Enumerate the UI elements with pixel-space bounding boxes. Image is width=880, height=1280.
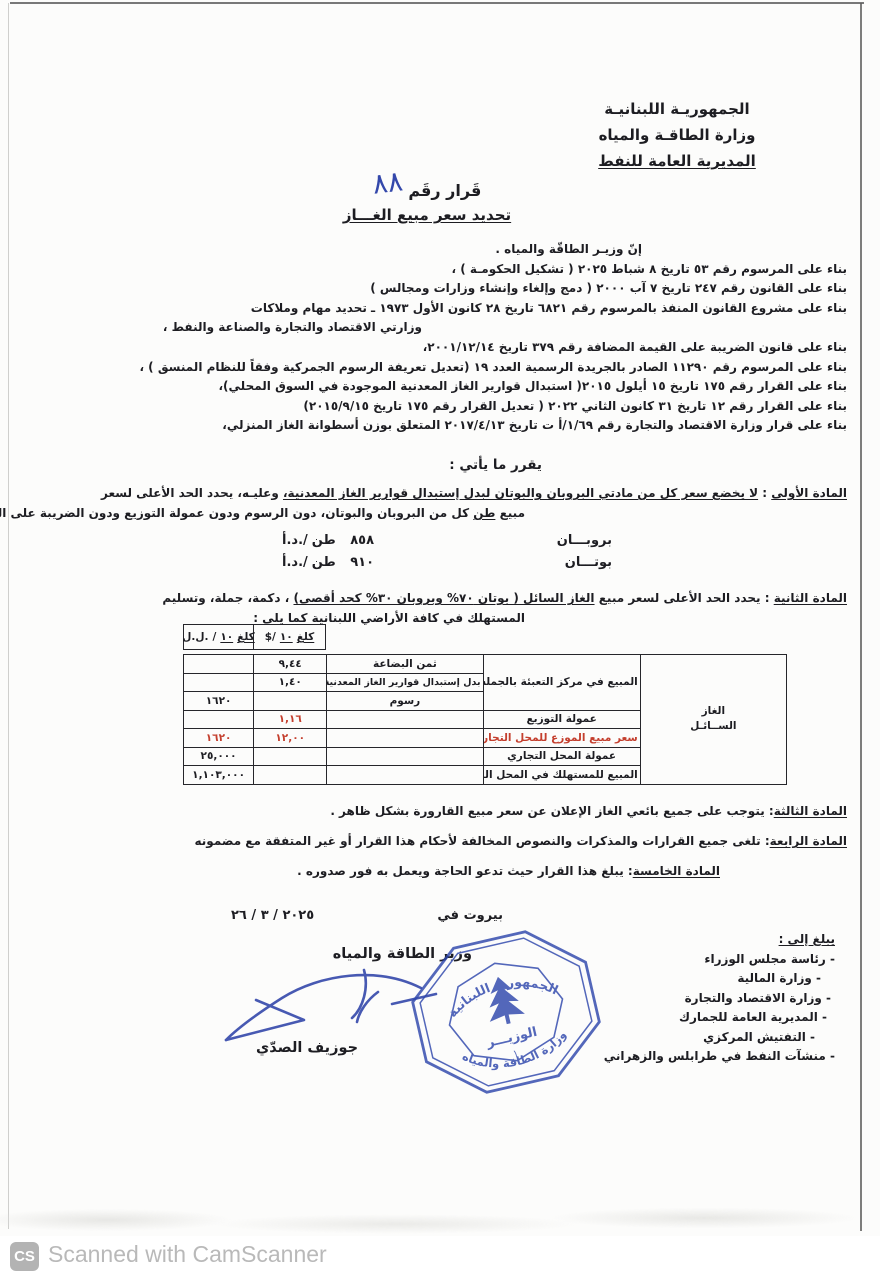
handwritten-decree-number: ٨٨ (370, 164, 404, 200)
propane-price: ٨٥٨ د.أ./ طن (282, 530, 414, 552)
unit-currency: د.أ./ (282, 552, 308, 574)
article-1-rest: وعليـه، يحدد الحد الأعلى لسعر (101, 486, 283, 500)
article-2: المادة الثانية : يحدد الحد الأعلى لسعر م… (32, 588, 847, 628)
distribution-item: - التفتيش المركزي (555, 1028, 815, 1048)
usd-unit: $/ (265, 631, 276, 643)
camscanner-watermark-text: Scanned with CamScanner (48, 1241, 327, 1268)
propane-label: بروبـــان (557, 530, 612, 552)
label-distributor-price: سعر مبيع الموزع للمحل التجاري (483, 729, 640, 748)
preamble: إنّ وزيـر الطاقّة والمياه . بناء على الم… (97, 240, 847, 436)
ll-exchange (184, 673, 254, 692)
camscanner-logo-icon: CS (10, 1242, 39, 1271)
article-2-line-1: المادة الثانية : يحدد الحد الأعلى لسعر م… (32, 588, 847, 608)
unit-ton: طن (312, 530, 336, 552)
letterhead: الجمهوريـة اللبنانيـة وزارة الطاقـة والم… (562, 96, 792, 174)
usd-shop-commission (254, 747, 327, 766)
article-4-text: : تلغى جميع القرارات والمذكرات والنصوص ا… (195, 834, 770, 848)
preamble-clause: بناء على القرار رقم ١٧٥ تاريخ ١٥ أيلول ٢… (97, 377, 847, 397)
article-1-sep: : (758, 486, 771, 500)
ll-shop-commission: ٢٥,٠٠٠ (184, 747, 254, 766)
decree-title: قَرار رقَم ٨٨ تحديد سعر مبيع الغـــاز (312, 170, 542, 224)
butane-value: ٩١٠ (350, 555, 374, 570)
usd-header-parts: $/١٠كلغ (265, 631, 315, 643)
signature-stroke (226, 1000, 304, 1040)
distribution-heading: يبلغ إلى : (555, 930, 835, 950)
butane-label: بوتـــان (565, 552, 612, 574)
place-and-date: بيروت في ٢٠٢٥ / ٣ / ٢٦ (231, 908, 503, 923)
scan-edge-right (860, 3, 862, 1231)
article-1-line2-rest: كل من البروبان والبوتان، دون الرسوم ودون… (0, 506, 473, 520)
butane-price: ٩١٠ د.أ./ طن (282, 552, 414, 574)
kg: كلغ (297, 631, 315, 643)
distribution-item: - وزارة الاقتصاد والتجارة (555, 989, 831, 1009)
ll-per-10kg-header: ل.ل./١٠كلغ (184, 625, 254, 649)
article-1-emphasis: لا يخضع سعر كل من مادتي البروبان والبوتا… (283, 486, 758, 500)
max-price-list: بروبـــان ٨٥٨ د.أ./ طن بوتـــان ٩١٠ د.أ.… (282, 530, 612, 574)
desc-empty (327, 766, 483, 785)
butane-unit: د.أ./ طن (282, 552, 336, 574)
qty-10: ١٠ (280, 631, 293, 643)
ll-dist-commission (184, 710, 254, 729)
propane-unit: د.أ./ طن (282, 530, 336, 552)
directorate-name: المديرية العامة للنفط (562, 148, 792, 174)
preamble-clause: بناء على القرار رقم ١٢ تاريخ ٣١ كانون ال… (97, 397, 847, 417)
article-2-text-1: : يحدد الحد الأعلى لسعر مبيع (595, 591, 774, 605)
signature-stroke (226, 975, 421, 1040)
usd-distributor-price: ١٢,٠٠ (254, 729, 327, 748)
label-consumer-price: المبيع للمستهلك في المحل التجاري (483, 766, 640, 785)
distribution-item: - وزارة المالية (555, 969, 821, 989)
preamble-clause-continuation: وزارتي الاقتصاد والتجارة والصناعة والنفط… (97, 318, 422, 338)
usd-exchange: ١,٤٠ (254, 673, 327, 692)
preamble-clause: بناء على المرسوم رقم ٥٣ تاريخ ٨ شباط ٢٠٢… (97, 260, 847, 280)
group-line-2: الســائـل (690, 720, 736, 732)
desc-empty (327, 729, 483, 748)
kg: كلغ (237, 631, 255, 643)
stamp-center-text: الوزيـــر (484, 1025, 538, 1051)
desc-goods: ثمن البضاعة (327, 655, 483, 674)
ministry-name: وزارة الطاقـة والمياه (562, 122, 792, 148)
scan-edge-left (8, 3, 9, 1229)
preamble-clause: بناء على القانون رقم ٢٤٧ تاريخ ٧ آب ٢٠٠٠… (97, 279, 847, 299)
wholesale-label-cell: المبيع في مركز التعبئة بالجملة (483, 655, 640, 711)
article-2-text-2: ، دكمة، جملة، وتسليم (162, 591, 293, 605)
ll-consumer-price: ١,١٠٣,٠٠٠ (184, 766, 254, 785)
decree-label: قَرار رقَم (408, 181, 481, 200)
unit-ton: طن (312, 552, 336, 574)
minister-name: جوزيف الصدّي (256, 1040, 358, 1056)
preamble-clause: بناء على قانون الضريبة على القيمة المضاف… (97, 338, 847, 358)
usd-dist-commission: ١,١٦ (254, 710, 327, 729)
article-5-text: : يبلغ هذا القرار حيث تدعو الحاجة ويعمل … (297, 864, 633, 878)
signature-stroke (352, 970, 366, 1018)
decree-subject: تحديد سعر مبيع الغـــاز (312, 206, 542, 224)
butane-price-row: بوتـــان ٩١٠ د.أ./ طن (282, 552, 612, 574)
ll-distributor-price: ١٦٢٠ (184, 729, 254, 748)
article-3-text: : يتوجب على جميع بائعي الغاز الإعلان عن … (330, 804, 773, 818)
preamble-clause: بناء على مشروع القانون المنفذ بالمرسوم ر… (97, 299, 847, 319)
label-shop-commission: عمولة المحل التجاري (483, 747, 640, 766)
slash: / (212, 631, 216, 643)
distribution-item: - المديرية العامة للجمارك (555, 1008, 827, 1028)
desc-empty (327, 747, 483, 766)
article-2-heading: المادة الثانية (774, 591, 847, 605)
table-unit-header: ل.ل./١٠كلغ $/١٠كلغ (183, 624, 326, 650)
desc-exchange: بدل إستبدال قوارير الغاز المعدنية (327, 673, 483, 692)
place-label: بيروت في (437, 908, 503, 923)
scanned-decree-page: الجمهوريـة اللبنانيـة وزارة الطاقـة والم… (0, 0, 880, 1280)
desc-empty (327, 710, 483, 729)
stamp-mark: ١ (512, 1048, 520, 1060)
article-2-paren: ( بوتان ٧٠% وبروبان ٣٠% كحد أقصى) (293, 591, 523, 605)
table-row: الغاز الســائـل المبيع في مركز التعبئة ب… (184, 655, 787, 674)
article-2-gas: الغاز السائل (523, 591, 595, 605)
group-cell-liquid-gas: الغاز الســائـل (640, 655, 786, 785)
ll-fees: ١٦٢٠ (184, 692, 254, 711)
unit-currency: د.أ./ (282, 530, 308, 552)
distribution-list: يبلغ إلى : - رئاسة مجلس الوزراء - وزارة … (555, 930, 835, 1067)
article-5-heading: المادة الخامسة (633, 864, 720, 878)
article-5-line: المادة الخامسة: يبلغ هذا القرار حيث تدعو… (32, 861, 720, 881)
ll-goods (184, 655, 254, 674)
ll-header-parts: ل.ل./١٠كلغ (182, 631, 254, 643)
republic-name: الجمهوريـة اللبنانيـة (562, 96, 792, 122)
article-5: المادة الخامسة: يبلغ هذا القرار حيث تدعو… (32, 861, 847, 881)
article-1-ton: طن (473, 506, 495, 520)
scan-edge-top (10, 2, 864, 4)
usd-per-10kg-header: $/١٠كلغ (254, 625, 325, 649)
decree-number-line: قَرار رقَم ٨٨ (312, 170, 542, 203)
usd-goods: ٩,٤٤ (254, 655, 327, 674)
ll-unit: ل.ل. (182, 631, 208, 643)
article-3-heading: المادة الثالثة (774, 804, 847, 818)
article-4-heading: المادة الرابعة (770, 834, 847, 848)
article-4: المادة الرابعة: تلغى جميع القرارات والمذ… (32, 831, 847, 851)
usd-fees (254, 692, 327, 711)
preamble-clause: بناء على قرار وزارة الاقتصاد والتجارة رق… (97, 416, 847, 436)
decree-date: ٢٠٢٥ / ٣ / ٢٦ (231, 908, 314, 923)
article-1-line2-pre: مبيع (495, 506, 525, 520)
article-1-heading: المادة الأولى (771, 486, 847, 500)
distribution-item: - رئاسة مجلس الوزراء (555, 950, 835, 970)
article-1-line-1: المادة الأولى : لا يخضع سعر كل من مادتي … (32, 483, 847, 503)
price-breakdown-table: الغاز الســائـل المبيع في مركز التعبئة ب… (183, 654, 787, 785)
group-line-1: الغاز (702, 705, 725, 717)
propane-value: ٨٥٨ (350, 533, 374, 548)
camscanner-footer: CS Scanned with CamScanner (0, 1236, 880, 1280)
preamble-intro: إنّ وزيـر الطاقّة والمياه . (97, 240, 642, 260)
scan-smudge (0, 1196, 880, 1236)
article-1-line-2: مبيع طن كل من البروبان والبوتان، دون الر… (32, 503, 525, 523)
usd-consumer-price (254, 766, 327, 785)
preamble-clause: بناء على المرسوم رقم ١١٢٩٠ الصادر بالجري… (97, 358, 847, 378)
qty-10: ١٠ (220, 631, 233, 643)
article-3: المادة الثالثة: يتوجب على جميع بائعي الغ… (32, 801, 847, 821)
resolution-heading: يقرر ما يأتي : (449, 457, 542, 473)
distribution-item: - منشآت النفط في طرابلس والزهراني (555, 1047, 835, 1067)
label-dist-commission: عمولة التوزيع (483, 710, 640, 729)
article-1: المادة الأولى : لا يخضع سعر كل من مادتي … (32, 483, 847, 523)
propane-price-row: بروبـــان ٨٥٨ د.أ./ طن (282, 530, 612, 552)
desc-fees: رسوم (327, 692, 483, 711)
